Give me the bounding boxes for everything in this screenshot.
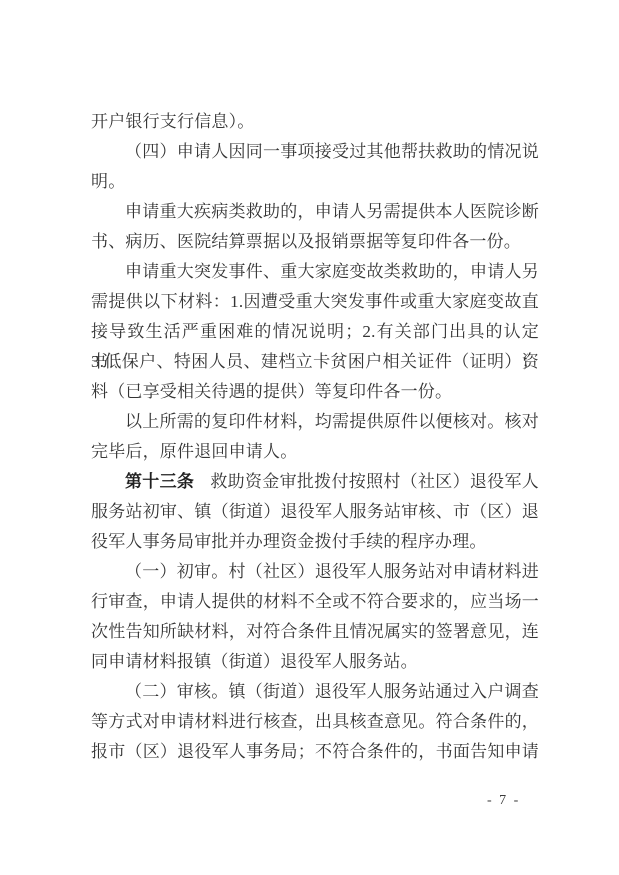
text-line: 申请重大疾病类救助的，申请人另需提供本人医院诊断 [91,197,539,227]
text-line: 等方式对申请材料进行核查，出具核查意见。符合条件的， [91,707,539,737]
text-line: 需提供以下材料：1.因遭受重大突发事件或重大家庭变故直 [91,287,539,317]
text-line: 明。 [91,167,539,197]
text-line: 接导致生活严重困难的情况说明；2.有关部门出具的认定书； [91,317,539,347]
page-number: - 7 - [487,793,520,809]
document-body: 开户银行支行信息）。 （四）申请人因同一事项接受过其他帮扶救助的情况说 明。 申… [91,107,539,767]
article-13-line: 第十三条救助资金审批拨付按照村（社区）退役军人 [91,467,539,497]
article-text: 救助资金审批拨付按照村（社区）退役军人 [210,472,539,491]
text-line: 以上所需的复印件材料，均需提供原件以便核对。核对 [91,407,539,437]
text-line: 申请重大突发事件、重大家庭变故类救助的，申请人另 [91,257,539,287]
text-line: 3.低保户、特困人员、建档立卡贫困户相关证件（证明）资 [91,347,539,377]
text-line: 服务站初审、镇（街道）退役军人服务站审核、市（区）退 [91,497,539,527]
document-page: 开户银行支行信息）。 （四）申请人因同一事项接受过其他帮扶救助的情况说 明。 申… [0,0,619,875]
text-line: 完毕后，原件退回申请人。 [91,437,539,467]
text-line: 行审查，申请人提供的材料不全或不符合要求的，应当场一 [91,587,539,617]
text-line: （二）审核。镇（街道）退役军人服务站通过入户调查 [91,677,539,707]
text-line: 同申请材料报镇（街道）退役军人服务站。 [91,647,539,677]
text-line: 次性告知所缺材料，对符合条件且情况属实的签署意见，连 [91,617,539,647]
text-line: （一）初审。村（社区）退役军人服务站对申请材料进 [91,557,539,587]
text-line: 役军人事务局审批并办理资金拨付手续的程序办理。 [91,527,539,557]
article-number-label: 第十三条 [125,472,194,491]
text-line: 报市（区）退役军人事务局；不符合条件的，书面告知申请 [91,737,539,767]
text-line: 料（已享受相关待遇的提供）等复印件各一份。 [91,377,539,407]
text-line: 书、病历、医院结算票据以及报销票据等复印件各一份。 [91,227,539,257]
text-line: 开户银行支行信息）。 [91,107,539,137]
text-line: （四）申请人因同一事项接受过其他帮扶救助的情况说 [91,137,539,167]
